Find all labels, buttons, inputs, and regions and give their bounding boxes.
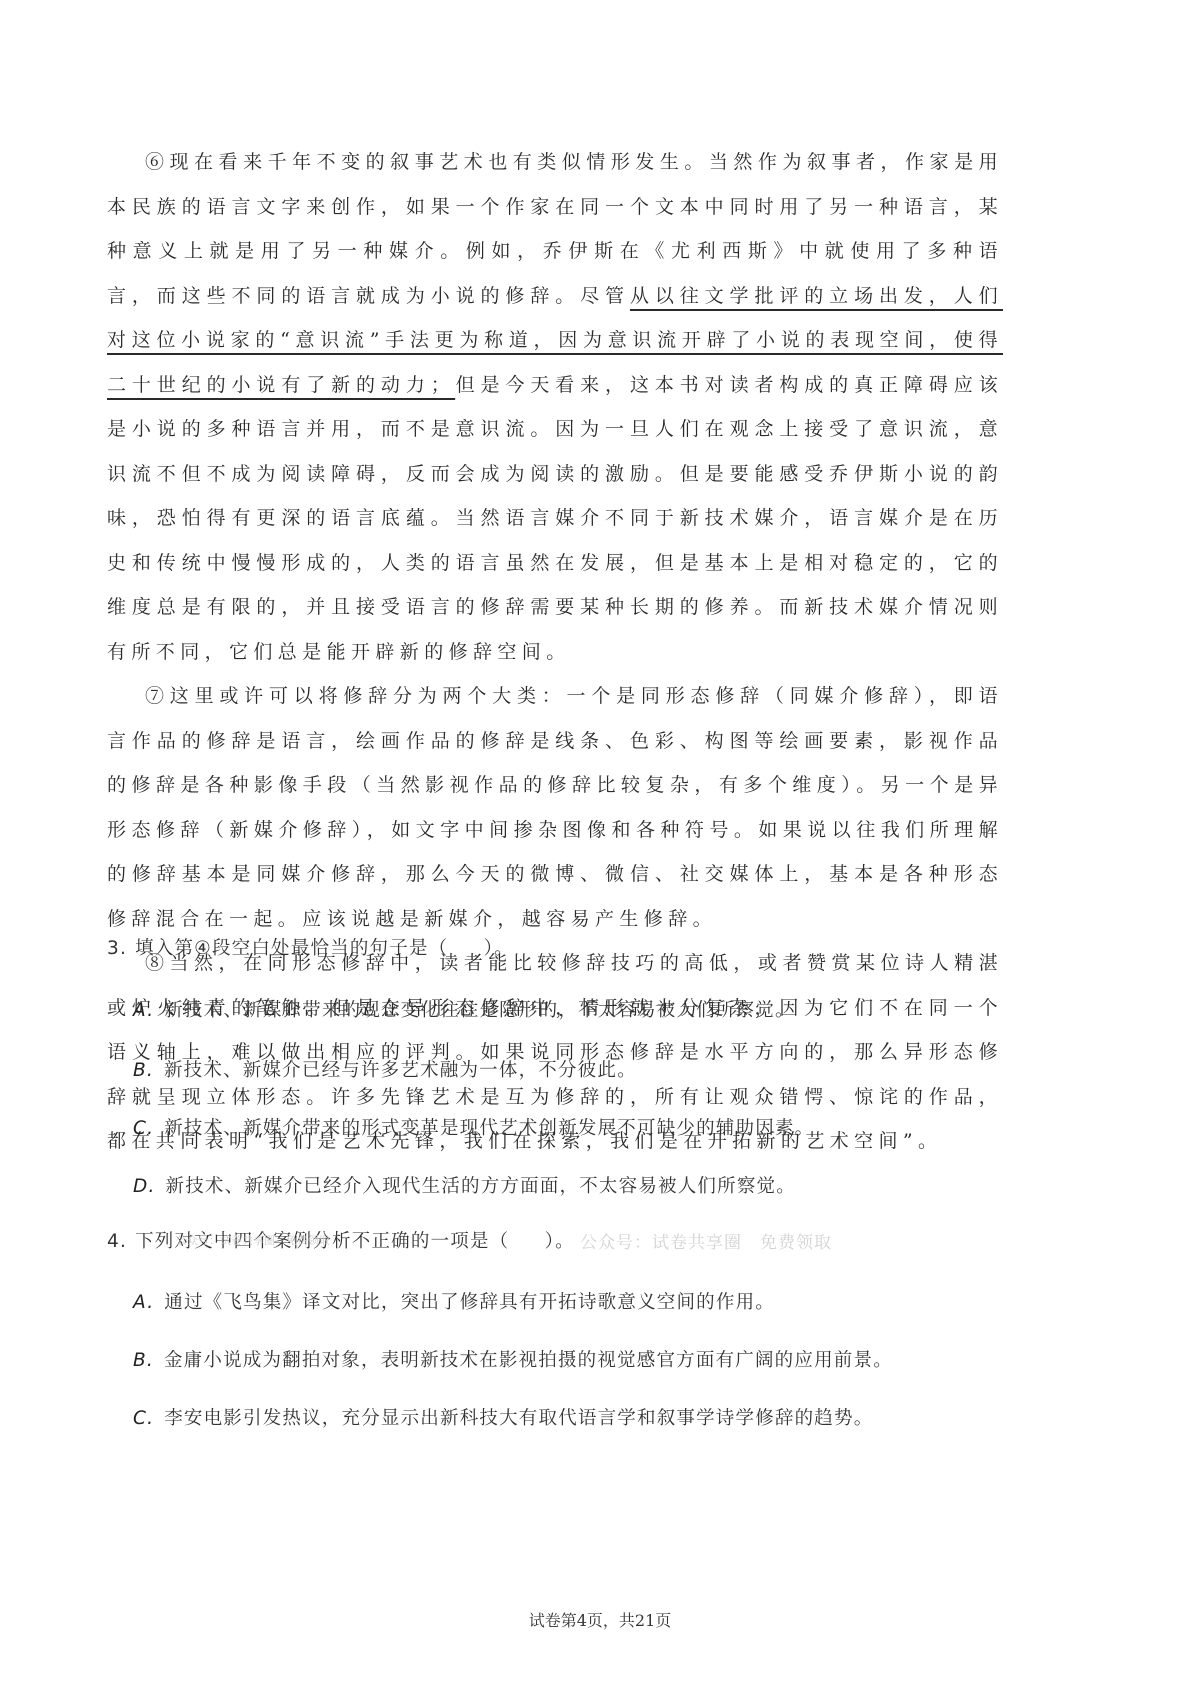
right-watermark: 公众号：试卷共享圈 免费领取 <box>580 1228 832 1253</box>
answer-blank <box>509 1231 544 1252</box>
question-3-option-d: D.新技术、新媒介已经介入现代生活的方方面面，不太容易被人们所察觉。 <box>133 1172 796 1198</box>
option-letter: B. <box>133 1350 154 1371</box>
paragraph-6: ⑥现在看来千年不变的叙事艺术也有类似情形发生。当然作为叙事者，作家是用本民族的语… <box>107 140 1003 674</box>
question-3-option-c: C.新技术、新媒介带来的形式变革是现代艺术创新发展不可缺少的辅助因素。 <box>133 1114 814 1140</box>
question-stem: 填入第④段空白处最恰当的句子是（ <box>135 938 448 959</box>
question-stem-end: ）。 <box>545 1231 575 1252</box>
option-text: 李安电影引发热议，充分显示出新科技大有取代语言学和叙事学诗学修辞的趋势。 <box>164 1408 873 1429</box>
question-3-option-a: A.新技术、新媒介带来的观念变化往往是隐形的，不太容易被人们所察觉。 <box>133 996 795 1022</box>
question-4-option-a: A.通过《飞鸟集》译文对比，突出了修辞具有开拓诗歌意义空间的作用。 <box>133 1288 775 1314</box>
option-text: 通过《飞鸟集》译文对比，突出了修辞具有开拓诗歌意义空间的作用。 <box>164 1292 775 1313</box>
question-4-option-b: B.金庸小说成为翻拍对象，表明新技术在影视拍摄的视觉感官方面有广阔的应用前景。 <box>133 1346 893 1372</box>
option-letter: C. <box>133 1118 154 1139</box>
option-letter: A. <box>133 1292 154 1313</box>
option-text: 新技术、新媒介已经与许多艺术融为一体，不分彼此。 <box>164 1060 637 1081</box>
option-letter: C. <box>133 1408 154 1429</box>
paragraph-7-text: ⑦这里或许可以将修辞分为两个大类：一个是同形态修辞（同媒介修辞），即语言作品的修… <box>107 685 1003 930</box>
answer-blank <box>448 938 483 959</box>
paragraph-7: ⑦这里或许可以将修辞分为两个大类：一个是同形态修辞（同媒介修辞），即语言作品的修… <box>107 674 1003 941</box>
inline-watermark: 公众号：试卷共享圈 免费领取 <box>176 1232 330 1248</box>
option-text: 新技术、新媒介带来的观念变化往往是隐形的，不太容易被人们所察觉。 <box>164 1000 794 1021</box>
option-letter: A. <box>133 1000 154 1021</box>
question-3-stem: 3.填入第④段空白处最恰当的句子是（ ）。 <box>107 934 514 960</box>
exam-page: ⑥现在看来千年不变的叙事艺术也有类似情形发生。当然作为叙事者，作家是用本民族的语… <box>0 0 1200 1697</box>
option-letter: B. <box>133 1060 154 1081</box>
question-number: 3. <box>107 938 127 959</box>
question-number: 4. <box>107 1231 127 1252</box>
page-footer: 试卷第4页，共21页 <box>0 1608 1200 1631</box>
option-text: 新技术、新媒介带来的形式变革是现代艺术创新发展不可缺少的辅助因素。 <box>164 1118 814 1139</box>
option-text: 金庸小说成为翻拍对象，表明新技术在影视拍摄的视觉感官方面有广阔的应用前景。 <box>164 1350 893 1371</box>
question-3-option-b: B.新技术、新媒介已经与许多艺术融为一体，不分彼此。 <box>133 1056 637 1082</box>
option-letter: D. <box>133 1176 156 1197</box>
question-4-option-c: C.李安电影引发热议，充分显示出新科技大有取代语言学和叙事学诗学修辞的趋势。 <box>133 1404 873 1430</box>
paragraph-6-text-b: 但是今天看来，这本书对读者构成的真正障碍应该是小说的多种语言并用，而不是意识流。… <box>107 374 1003 663</box>
paragraph-6-text-a: ⑥现在看来千年不变的叙事艺术也有类似情形发生。当然作为叙事者，作家是用本民族的语… <box>107 151 1003 307</box>
option-text: 新技术、新媒介已经介入现代生活的方方面面，不太容易被人们所察觉。 <box>166 1176 796 1197</box>
question-stem-end: ）。 <box>484 938 514 959</box>
